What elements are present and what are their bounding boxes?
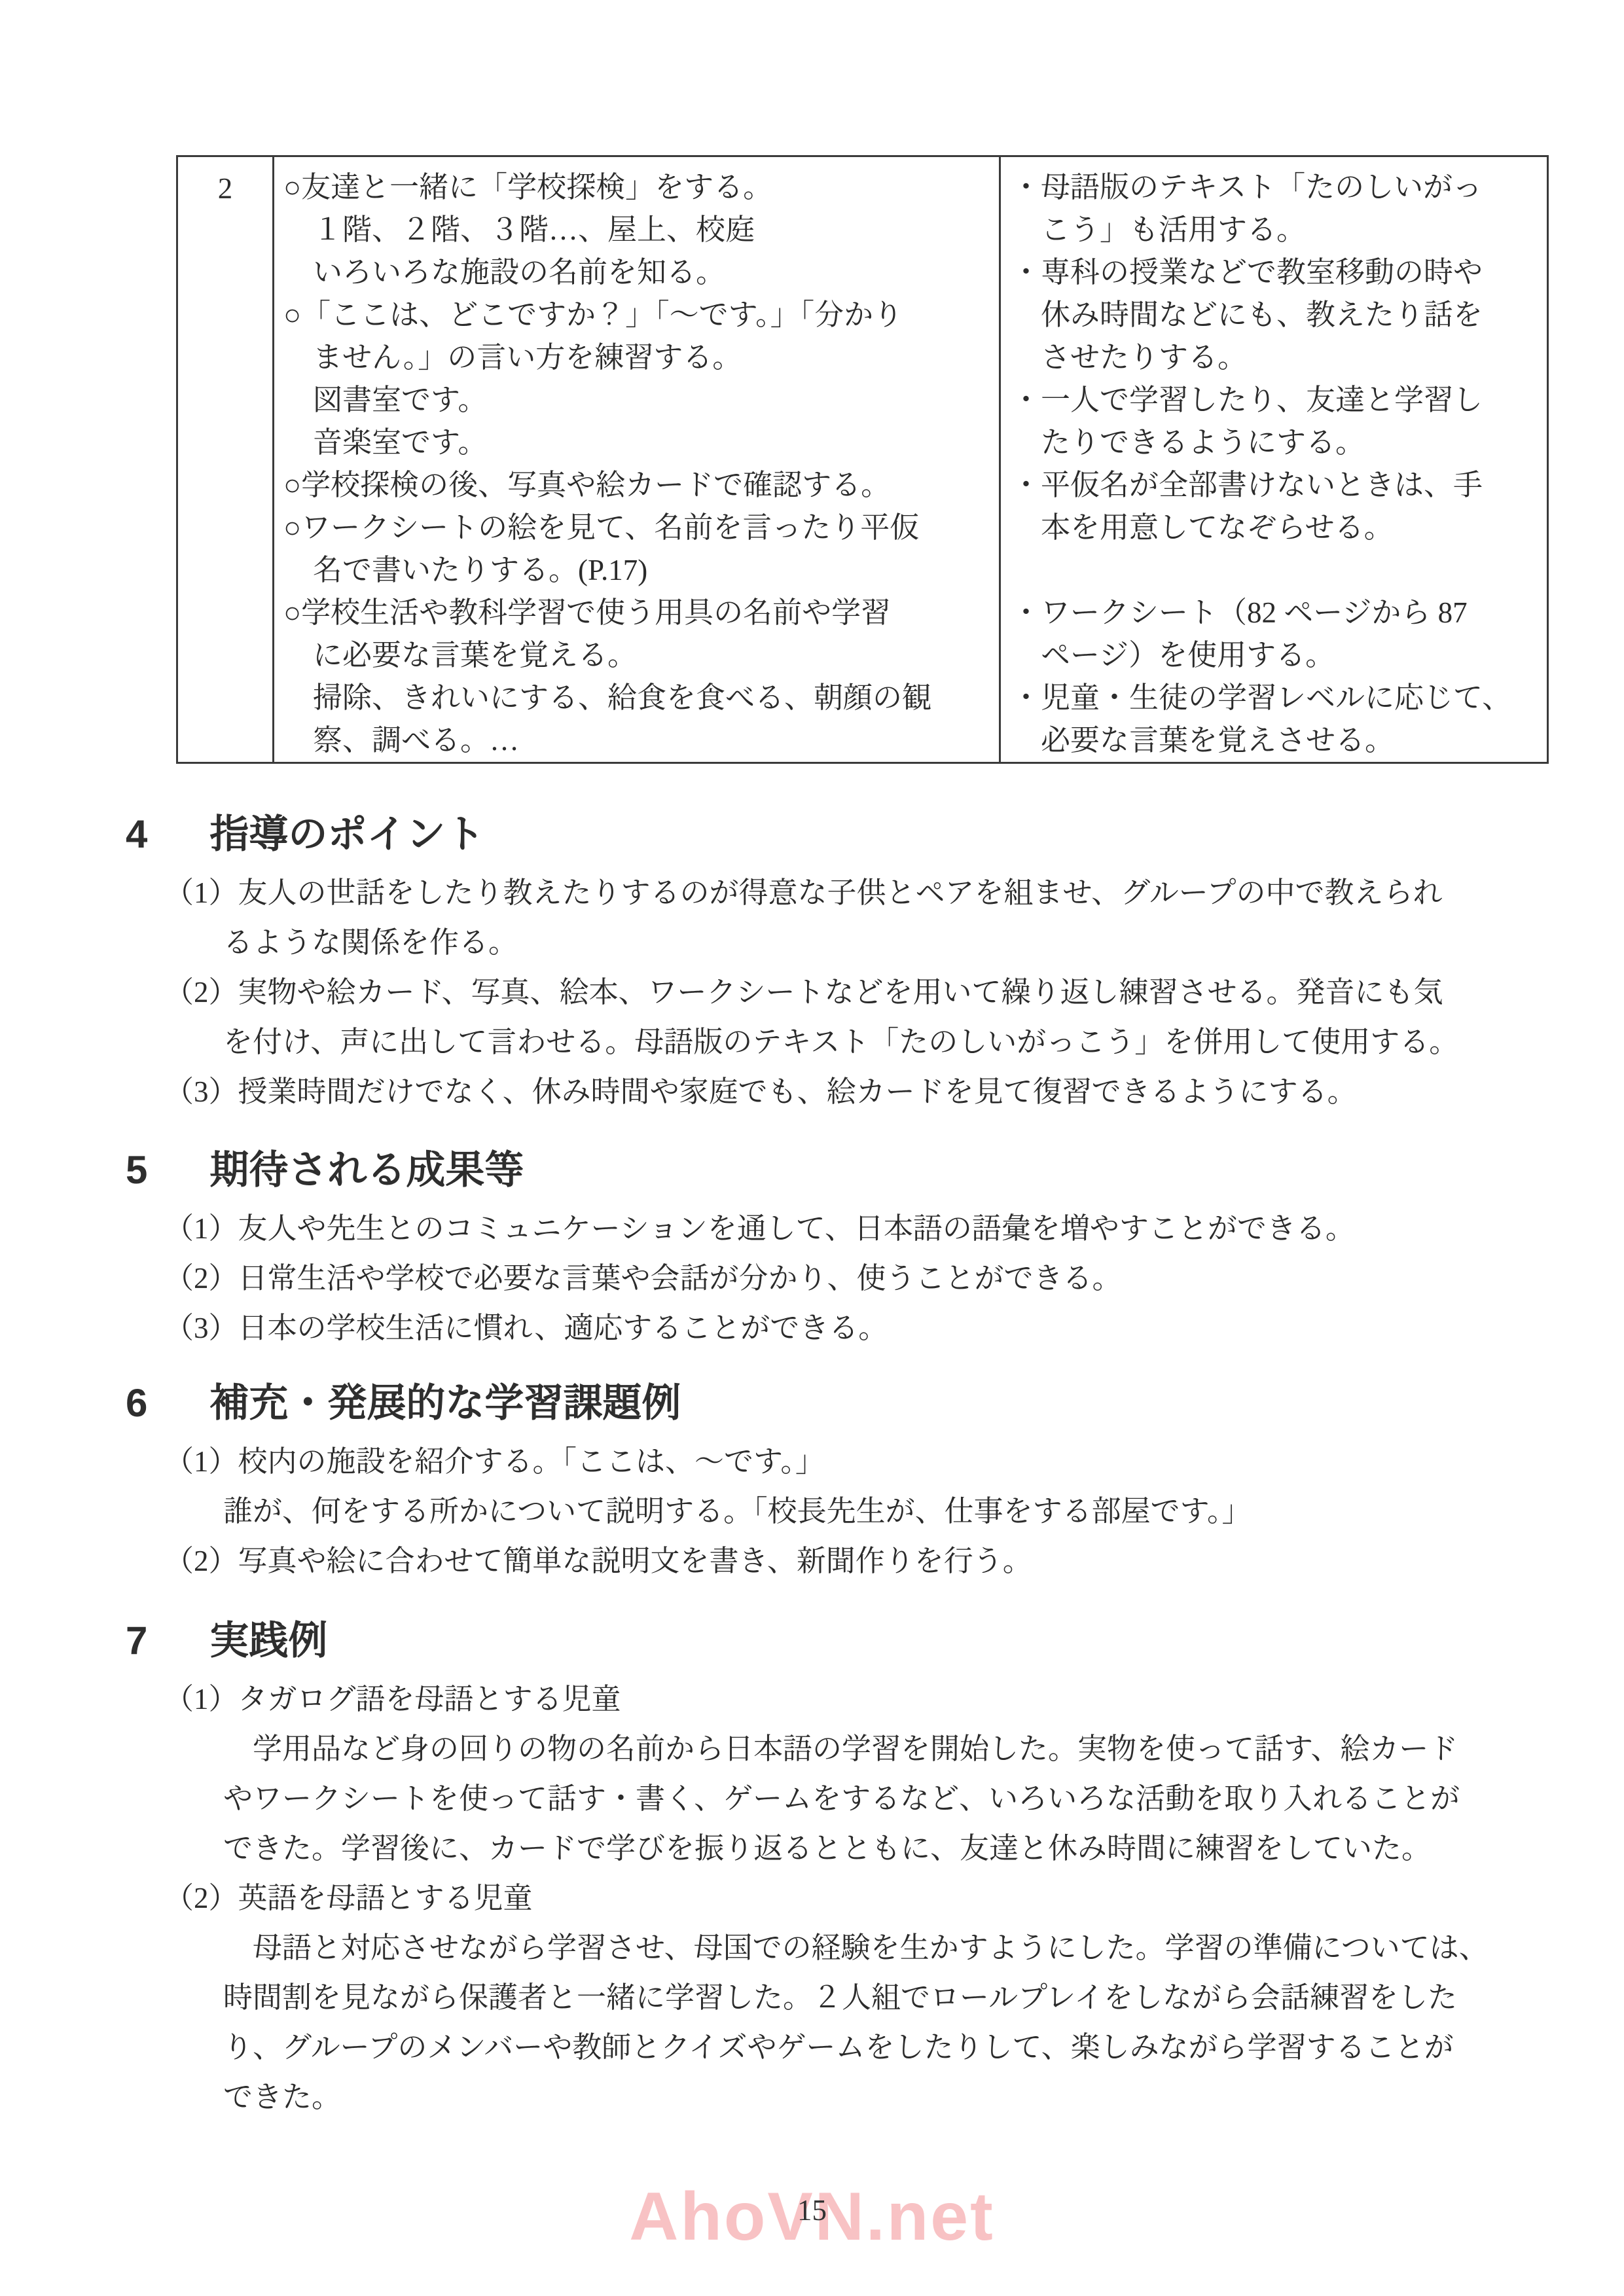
text-line: ○友達と一緒に「学校探検」をする。 bbox=[283, 166, 995, 209]
section-title: 補充・発展的な学習課題例 bbox=[209, 1379, 681, 1427]
text-line: ・ワークシート（82 ページから 87 bbox=[1011, 592, 1543, 634]
text-line: ○学校生活や教科学習で使う用具の名前や学習 bbox=[283, 592, 995, 634]
text-line: （3）日本の学校生活に慣れ、適応することができる。 bbox=[164, 1303, 1624, 1353]
text-line: ○「ここは、どこですか？」「～です。」「分かり bbox=[283, 294, 995, 336]
table-cell-notes: ・母語版のテキスト「たのしいがっ こう」も活用する。・専科の授業などで教室移動の… bbox=[1000, 156, 1548, 763]
section-expected-outcomes: 5 期待される成果等 （1）友人や先生とのコミュニケーションを通して、日本語の語… bbox=[0, 1146, 1624, 1353]
section-body: （1）タガログ語を母語とする児童 学用品など身の回りの物の名前から日本語の学習を… bbox=[0, 1674, 1624, 2122]
text-line: ません。」の言い方を練習する。 bbox=[283, 336, 995, 379]
text-line: 休み時間などにも、教えたり話を bbox=[1011, 294, 1543, 336]
text-line: ・専科の授業などで教室移動の時や bbox=[1011, 251, 1543, 294]
stage-number: 2 bbox=[179, 169, 272, 208]
text-line: （1）校内の施設を紹介する。「ここは、～です。」 bbox=[164, 1437, 1624, 1486]
section-body: （1）校内の施設を紹介する。「ここは、～です。」 誰が、何をする所かについて説明… bbox=[0, 1437, 1624, 1586]
section-heading: 4 指導のポイント bbox=[0, 810, 1624, 859]
section-body: （1）友人や先生とのコミュニケーションを通して、日本語の語彙を増やすことができる… bbox=[0, 1204, 1624, 1353]
text-line: （1）タガログ語を母語とする児童 bbox=[164, 1674, 1624, 1724]
text-line: （1）友人の世話をしたり教えたりするのが得意な子供とペアを組ませ、グループの中で… bbox=[164, 868, 1624, 918]
section-supplementary-tasks: 6 補充・発展的な学習課題例 （1）校内の施設を紹介する。「ここは、～です。」 … bbox=[0, 1379, 1624, 1586]
page-number: 15 bbox=[0, 2194, 1624, 2227]
section-title: 実践例 bbox=[209, 1617, 327, 1665]
text-line: できた。学習後に、カードで学びを振り返るとともに、友達と休み時間に練習をしていた… bbox=[164, 1823, 1624, 1873]
section-number: 7 bbox=[126, 1617, 147, 1665]
text-line: り、グループのメンバーや教師とクイズやゲームをしたりして、楽しみながら学習するこ… bbox=[164, 2022, 1624, 2072]
text-line: 音楽室です。 bbox=[283, 422, 995, 464]
section-practice-examples: 7 実践例 （1）タガログ語を母語とする児童 学用品など身の回りの物の名前から日… bbox=[0, 1617, 1624, 2122]
section-title: 指導のポイント bbox=[209, 810, 484, 859]
text-line: できた。 bbox=[164, 2072, 1624, 2122]
text-line: ・一人で学習したり、友達と学習し bbox=[1011, 379, 1543, 422]
text-line: 察、調べる。… bbox=[283, 719, 995, 762]
section-heading: 6 補充・発展的な学習課題例 bbox=[0, 1379, 1624, 1427]
text-line: させたりする。 bbox=[1011, 336, 1543, 379]
text-line: （2）英語を母語とする児童 bbox=[164, 1873, 1624, 1923]
table-cell-stage-number: 2 bbox=[177, 156, 274, 763]
section-heading: 5 期待される成果等 bbox=[0, 1146, 1624, 1194]
text-line: 本を用意してなぞらせる。 bbox=[1011, 507, 1543, 549]
text-line: こう」も活用する。 bbox=[1011, 209, 1543, 251]
document-page: 2 ○友達と一緒に「学校探検」をする。 １階、２階、３階…、屋上、校庭 いろいろ… bbox=[0, 0, 1624, 2296]
section-heading: 7 実践例 bbox=[0, 1617, 1624, 1665]
text-line: （2）実物や絵カード、写真、絵本、ワークシートなどを用いて繰り返し練習させる。発… bbox=[164, 967, 1624, 1017]
text-line: いろいろな施設の名前を知る。 bbox=[283, 251, 995, 294]
section-teaching-points: 4 指導のポイント （1）友人の世話をしたり教えたりするのが得意な子供とペアを組… bbox=[0, 810, 1624, 1117]
section-body: （1）友人の世話をしたり教えたりするのが得意な子供とペアを組ませ、グループの中で… bbox=[0, 868, 1624, 1117]
section-number: 6 bbox=[126, 1379, 147, 1427]
text-line: ・平仮名が全部書けないときは、手 bbox=[1011, 464, 1543, 507]
table-row: 2 ○友達と一緒に「学校探検」をする。 １階、２階、３階…、屋上、校庭 いろいろ… bbox=[177, 156, 1548, 763]
text-line: （1）友人や先生とのコミュニケーションを通して、日本語の語彙を増やすことができる… bbox=[164, 1204, 1624, 1253]
text-line bbox=[1011, 549, 1543, 592]
text-line: るような関係を作る。 bbox=[164, 918, 1624, 967]
text-line: ・児童・生徒の学習レベルに応じて、 bbox=[1011, 677, 1543, 719]
text-line: に必要な言葉を覚える。 bbox=[283, 634, 995, 677]
section-number: 4 bbox=[126, 810, 147, 859]
text-line: 学用品など身の回りの物の名前から日本語の学習を開始した。実物を使って話す、絵カー… bbox=[164, 1724, 1624, 1774]
text-line: （3）授業時間だけでなく、休み時間や家庭でも、絵カードを見て復習できるようにする… bbox=[164, 1067, 1624, 1117]
text-line: 図書室です。 bbox=[283, 379, 995, 422]
text-line: ページ）を使用する。 bbox=[1011, 634, 1543, 677]
text-line: 母語と対応させながら学習させ、母国での経験を生かすようにした。学習の準備について… bbox=[164, 1923, 1624, 1973]
text-line: （2）写真や絵に合わせて簡単な説明文を書き、新聞作りを行う。 bbox=[164, 1536, 1624, 1586]
section-title: 期待される成果等 bbox=[209, 1146, 524, 1194]
text-line: やワークシートを使って話す・書く、ゲームをするなど、いろいろな活動を取り入れるこ… bbox=[164, 1774, 1624, 1823]
text-line: 掃除、きれいにする、給食を食べる、朝顔の観 bbox=[283, 677, 995, 719]
text-line: たりできるようにする。 bbox=[1011, 422, 1543, 464]
text-line: 必要な言葉を覚えさせる。 bbox=[1011, 719, 1543, 762]
text-line: １階、２階、３階…、屋上、校庭 bbox=[283, 209, 995, 251]
text-line: ・母語版のテキスト「たのしいがっ bbox=[1011, 166, 1543, 209]
text-line: ○学校探検の後、写真や絵カードで確認する。 bbox=[283, 464, 995, 507]
text-line: 名で書いたりする。(P.17) bbox=[283, 549, 995, 592]
text-line: 時間割を見ながら保護者と一緒に学習した。２人組でロールプレイをしながら会話練習を… bbox=[164, 1973, 1624, 2022]
text-line: （2）日常生活や学校で必要な言葉や会話が分かり、使うことができる。 bbox=[164, 1253, 1624, 1303]
section-number: 5 bbox=[126, 1146, 147, 1194]
text-line: を付け、声に出して言わせる。母語版のテキスト「たのしいがっこう」を併用して使用す… bbox=[164, 1017, 1624, 1067]
text-line: 誰が、何をする所かについて説明する。「校長先生が、仕事をする部屋です。」 bbox=[164, 1486, 1624, 1536]
text-line: ○ワークシートの絵を見て、名前を言ったり平仮 bbox=[283, 507, 995, 549]
lesson-plan-table: 2 ○友達と一緒に「学校探検」をする。 １階、２階、３階…、屋上、校庭 いろいろ… bbox=[176, 155, 1549, 764]
table-cell-activities: ○友達と一緒に「学校探検」をする。 １階、２階、３階…、屋上、校庭 いろいろな施… bbox=[274, 156, 1000, 763]
